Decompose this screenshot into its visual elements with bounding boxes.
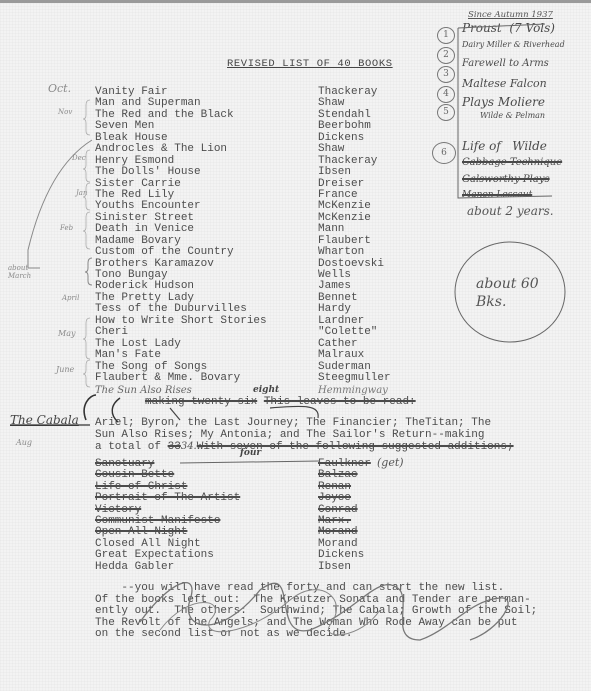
margin-note-aug: Aug xyxy=(16,438,32,447)
reading-list-item: Plays Moliere xyxy=(462,95,545,109)
additions-list: SanctuaryFaulkner(get)Cousin BetteBalzac… xyxy=(95,459,415,573)
leaves-text: This leaves to be read: xyxy=(264,396,416,408)
leaves-struck: making twenty six xyxy=(145,396,257,408)
book-row: The Dolls' HouseIbsen xyxy=(95,167,415,178)
reading-list-item: Maltese Falcon xyxy=(462,77,547,90)
margin-note-may: May xyxy=(58,329,75,338)
document-title: REVISED LIST OF 40 BOOKS xyxy=(227,58,393,70)
margin-note-the-cabala: The Cabala xyxy=(10,413,79,427)
closing-line-3: ently out. The others: Southwind; The Ca… xyxy=(95,606,537,617)
reading-list-item: Wilde & Pelman xyxy=(480,111,545,120)
book-title: Flaubert & Mme. Bovary xyxy=(95,373,240,384)
book-author: Mann xyxy=(318,224,344,235)
right-circled-note: about 60 Bks. xyxy=(476,275,546,311)
total-number: 34. xyxy=(181,441,197,452)
four-insert: four xyxy=(240,448,261,458)
book-title: Seven Men xyxy=(95,121,154,132)
leaves-line: making twenty six This leaves to be read… xyxy=(145,397,416,408)
margin-note-nov: Nov xyxy=(58,108,72,116)
scanned-page: REVISED LIST OF 40 BOOKS Vanity FairThac… xyxy=(0,0,591,691)
book-title: Tess of the Duburvilles xyxy=(95,304,247,315)
addition-title: Hedda Gabler xyxy=(95,562,174,573)
reading-list-item: Proust (7 Vols) xyxy=(462,21,555,35)
to-read-line-2: Sun Also Rises; My Antonia; and The Sail… xyxy=(95,430,484,441)
number-circle: 3 xyxy=(437,66,455,83)
reading-list-item: Galsworthy Plays xyxy=(462,174,550,185)
number-circle: 1 xyxy=(437,27,455,44)
book-author: Hardy xyxy=(318,304,351,315)
addition-row: Great ExpectationsDickens xyxy=(95,550,415,561)
addition-row: Portrait of The ArtistJoyce xyxy=(95,493,415,504)
closing-line-1: --you will have read the forty and can s… xyxy=(95,583,504,594)
number-circle: 2 xyxy=(437,47,455,64)
total-prefix: a total of xyxy=(95,441,168,453)
book-author: Ibsen xyxy=(318,167,351,178)
handwritten-added-title: The Sun Also Rises xyxy=(95,385,192,396)
number-circle: 6 xyxy=(432,142,456,164)
book-row: Custom of the CountryWharton xyxy=(95,247,415,258)
book-author: Wharton xyxy=(318,247,364,258)
margin-note-april: April xyxy=(62,294,79,302)
addition-author: Dickens xyxy=(318,550,364,561)
book-title: Custom of the Country xyxy=(95,247,234,258)
reading-list-item: Manon Lescaut xyxy=(462,190,532,200)
total-struck-number: 33 xyxy=(168,441,181,453)
number-circle: 5 xyxy=(437,104,455,121)
right-note-duration: about 2 years. xyxy=(467,204,554,218)
margin-note-dec: Dec xyxy=(72,154,86,162)
to-read-line-1: Ariel; Byron, the Last Journey; The Fina… xyxy=(95,418,491,429)
book-author: Shaw xyxy=(318,144,344,155)
book-author: Malraux xyxy=(318,350,364,361)
scan-edge xyxy=(0,0,591,3)
book-row: Cheri"Colette" xyxy=(95,327,415,338)
book-row: Flaubert & Mme. BovarySteegmuller xyxy=(95,373,415,384)
book-title: Cheri xyxy=(95,327,128,338)
margin-note-oct: Oct. xyxy=(48,82,71,95)
book-title: The Dolls' House xyxy=(95,167,201,178)
book-title: Androcles & The Lion xyxy=(95,144,227,155)
addition-note: (get) xyxy=(377,457,404,468)
reading-list-item: Farewell to Arms xyxy=(462,58,549,69)
reading-list-item: Life of Wilde xyxy=(462,139,547,153)
reading-list-item: Cabbage Technique xyxy=(462,157,562,168)
addition-author: Ibsen xyxy=(318,562,351,573)
handwritten-added-author: Hemmingway xyxy=(318,385,388,396)
addition-author: Joyce xyxy=(318,493,351,504)
margin-note-about-march: about March xyxy=(8,264,40,280)
right-note-header: Since Autumn 1937 xyxy=(468,10,553,20)
closing-line-5: on the second list or not as we decide. xyxy=(95,629,352,640)
to-read-line-3: a total of 3334.With seven of the follow… xyxy=(95,441,514,453)
book-author: Steegmuller xyxy=(318,373,391,384)
number-circle: 4 xyxy=(437,86,455,103)
addition-row: Hedda GablerIbsen xyxy=(95,562,415,573)
book-author: "Colette" xyxy=(318,327,377,338)
margin-note-june: June xyxy=(56,365,74,374)
book-title: Death in Venice xyxy=(95,224,194,235)
book-row: Man's FateMalraux xyxy=(95,350,415,361)
book-row: Death in VeniceMann xyxy=(95,224,415,235)
margin-note-jan: Jan xyxy=(76,189,88,197)
leaves-insert: eight xyxy=(253,385,279,395)
book-title: Man's Fate xyxy=(95,350,161,361)
book-list: Vanity FairThackerayMan and SupermanShaw… xyxy=(95,87,415,384)
margin-note-feb: Feb xyxy=(60,224,73,232)
addition-title: Great Expectations xyxy=(95,550,214,561)
book-author: Beerbohm xyxy=(318,121,371,132)
book-row: Androcles & The LionShaw xyxy=(95,144,415,155)
reading-list-item: Dairy Miller & Riverhead xyxy=(462,40,565,49)
addition-title: Portrait of The Artist xyxy=(95,493,240,504)
